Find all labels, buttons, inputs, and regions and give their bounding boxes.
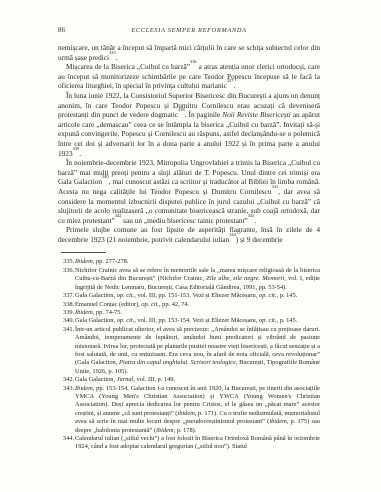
footnote-number: 339. <box>63 309 75 317</box>
op-cit: op. cit. <box>117 292 135 299</box>
paragraph: Primele slujbe comune au fost lipsite de… <box>58 225 320 244</box>
footnote-separator <box>61 252 106 253</box>
footnote-340: 340.Gala Galaction, op. cit., vol. III, … <box>58 317 320 325</box>
op-cit: op. cit. <box>141 301 159 308</box>
footnote-number: 341. <box>63 326 75 334</box>
footnote-text: Gala Galaction, <box>75 292 117 299</box>
footnote-text: Ibidem <box>75 258 93 265</box>
op-cit: op. cit. <box>117 317 135 324</box>
footnote-341: 341.Într-un articol publicat ulterior, e… <box>58 326 320 376</box>
footnote-number: 344. <box>63 435 75 443</box>
footnote-337: 337.Gala Galaction, op. cit., vol. III, … <box>58 292 320 300</box>
page-number: 86 <box>58 27 65 34</box>
book-page: 86 ECCLESIA SEMPER REFORMANDA nemișcare,… <box>0 0 381 492</box>
footnote-342: 342.Gala Galaction, Jurnal, vol. III, p.… <box>58 376 320 384</box>
footnote-text: , vol. III, pp. 153-154. Vezi și Eliezer… <box>134 317 259 324</box>
footnote-ref-343: 343 <box>248 213 255 218</box>
paragraph-text: . <box>254 216 256 225</box>
footnote-ref-344: 344 <box>229 232 236 237</box>
book-title: Jurnal <box>117 376 134 383</box>
book-title: Zile albe, zile negre. Memorii <box>206 275 284 282</box>
footnote-text: , p. 178). <box>174 427 197 434</box>
footnote-ref-335: 335 <box>109 50 116 55</box>
page-header: 86 ECCLESIA SEMPER REFORMANDA <box>58 27 320 36</box>
footnote-number: 335. <box>63 258 75 266</box>
footnote-ref-338: 338 <box>178 107 185 112</box>
footnote-ref-339: 339 <box>73 146 80 151</box>
footnote-339: 339.Ibidem, pp. 74-75. <box>58 309 320 317</box>
journal-title: Noii Reviste Bisericești <box>222 110 291 119</box>
footnote-text: Calendarul iulian („stilul vechi”) a fos… <box>75 435 320 450</box>
body-text: nemișcare, un tânăr a început să împartă… <box>58 43 320 244</box>
footnote-ref-336: 336 <box>190 59 197 64</box>
footnote-335: 335.Ibidem, pp. 277-278. <box>58 258 320 266</box>
footnote-text: , p. 145. <box>277 292 298 299</box>
footnote-ref-340: 340 <box>102 174 109 179</box>
book-title: Piatra din capul unghiului. Scrisori teo… <box>119 359 236 366</box>
paragraph-text: . <box>233 81 235 90</box>
paragraph: Mișcarea de la Biserica „Cuibul cu barză… <box>58 62 320 91</box>
footnote-text: , vol. III, p. 149. <box>133 376 175 383</box>
footnote-text: , p. 145. <box>277 317 298 324</box>
paragraph: În luna iunie 1922, la Consistoriul Supe… <box>58 91 320 158</box>
ibidem: ibidem <box>269 418 286 425</box>
footnote-text: Gala Galaction, <box>75 317 117 324</box>
footnote-text: , pp. 277-278. <box>93 258 129 265</box>
footnote-ref-337: 337 <box>227 78 234 83</box>
paragraph: În noiembrie-decembrie 1923, Mitropolia … <box>58 158 320 225</box>
op-cit: op. cit. <box>259 317 277 324</box>
footnotes: 335.Ibidem, pp. 277-278. 336.Nichifor Cr… <box>58 258 320 451</box>
paragraph-text: . <box>79 149 81 158</box>
ibidem: ibidem <box>177 410 194 417</box>
quote-text: nemișcare, un tânăr a început să împartă… <box>58 43 320 62</box>
footnote-number: 338. <box>63 301 75 309</box>
paragraph-text: . În paginile <box>185 110 223 119</box>
footnote-number: 336. <box>63 267 75 275</box>
paragraph-text: ) și 9 decembrie <box>236 235 283 244</box>
footnote-number: 340. <box>63 317 75 325</box>
footnote-text: , pp. 42, 74. <box>159 301 189 308</box>
footnote-text: Gala Galaction, <box>75 376 117 383</box>
footnote-338: 338.Emanuel Conțac (editor), op. cit., p… <box>58 301 320 309</box>
paragraph-text: Mișcarea de la Biserica „Cuibul cu barză… <box>66 62 190 71</box>
footnote-text: , pp. 74-75. <box>93 309 122 316</box>
footnote-number: 337. <box>63 292 75 300</box>
footnote-343: 343.Ibidem, pp. 153-154. Galaction i-a c… <box>58 385 320 435</box>
footnote-text: , vol. III, pp. 151-153. Vezi și Eliezer… <box>134 292 259 299</box>
footnote-ref-341: 341 <box>272 184 279 189</box>
footnote-text: Ibidem <box>75 309 93 316</box>
footnote-number: 342. <box>63 376 75 384</box>
ibidem: ibidem <box>156 427 173 434</box>
footnote-ref-342: 342 <box>115 213 122 218</box>
footnote-336: 336.Nichifor Crainic avea să se refere î… <box>58 267 320 292</box>
page-content: 86 ECCLESIA SEMPER REFORMANDA nemișcare,… <box>58 27 320 452</box>
footnote-text: Emanuel Conțac (editor), <box>75 301 141 308</box>
footnote-344: 344.Calendarul iulian („stilul vechi”) a… <box>58 435 320 452</box>
footnote-number: 343. <box>63 385 75 393</box>
running-title: ECCLESIA SEMPER REFORMANDA <box>131 27 246 34</box>
block-quote: nemișcare, un tânăr a început să împartă… <box>58 43 320 62</box>
footnote-text: Ibidem <box>75 385 93 392</box>
op-cit: op. cit. <box>259 292 277 299</box>
paragraph-text: sau un „mediu bisericesc tainic protesta… <box>121 216 247 225</box>
